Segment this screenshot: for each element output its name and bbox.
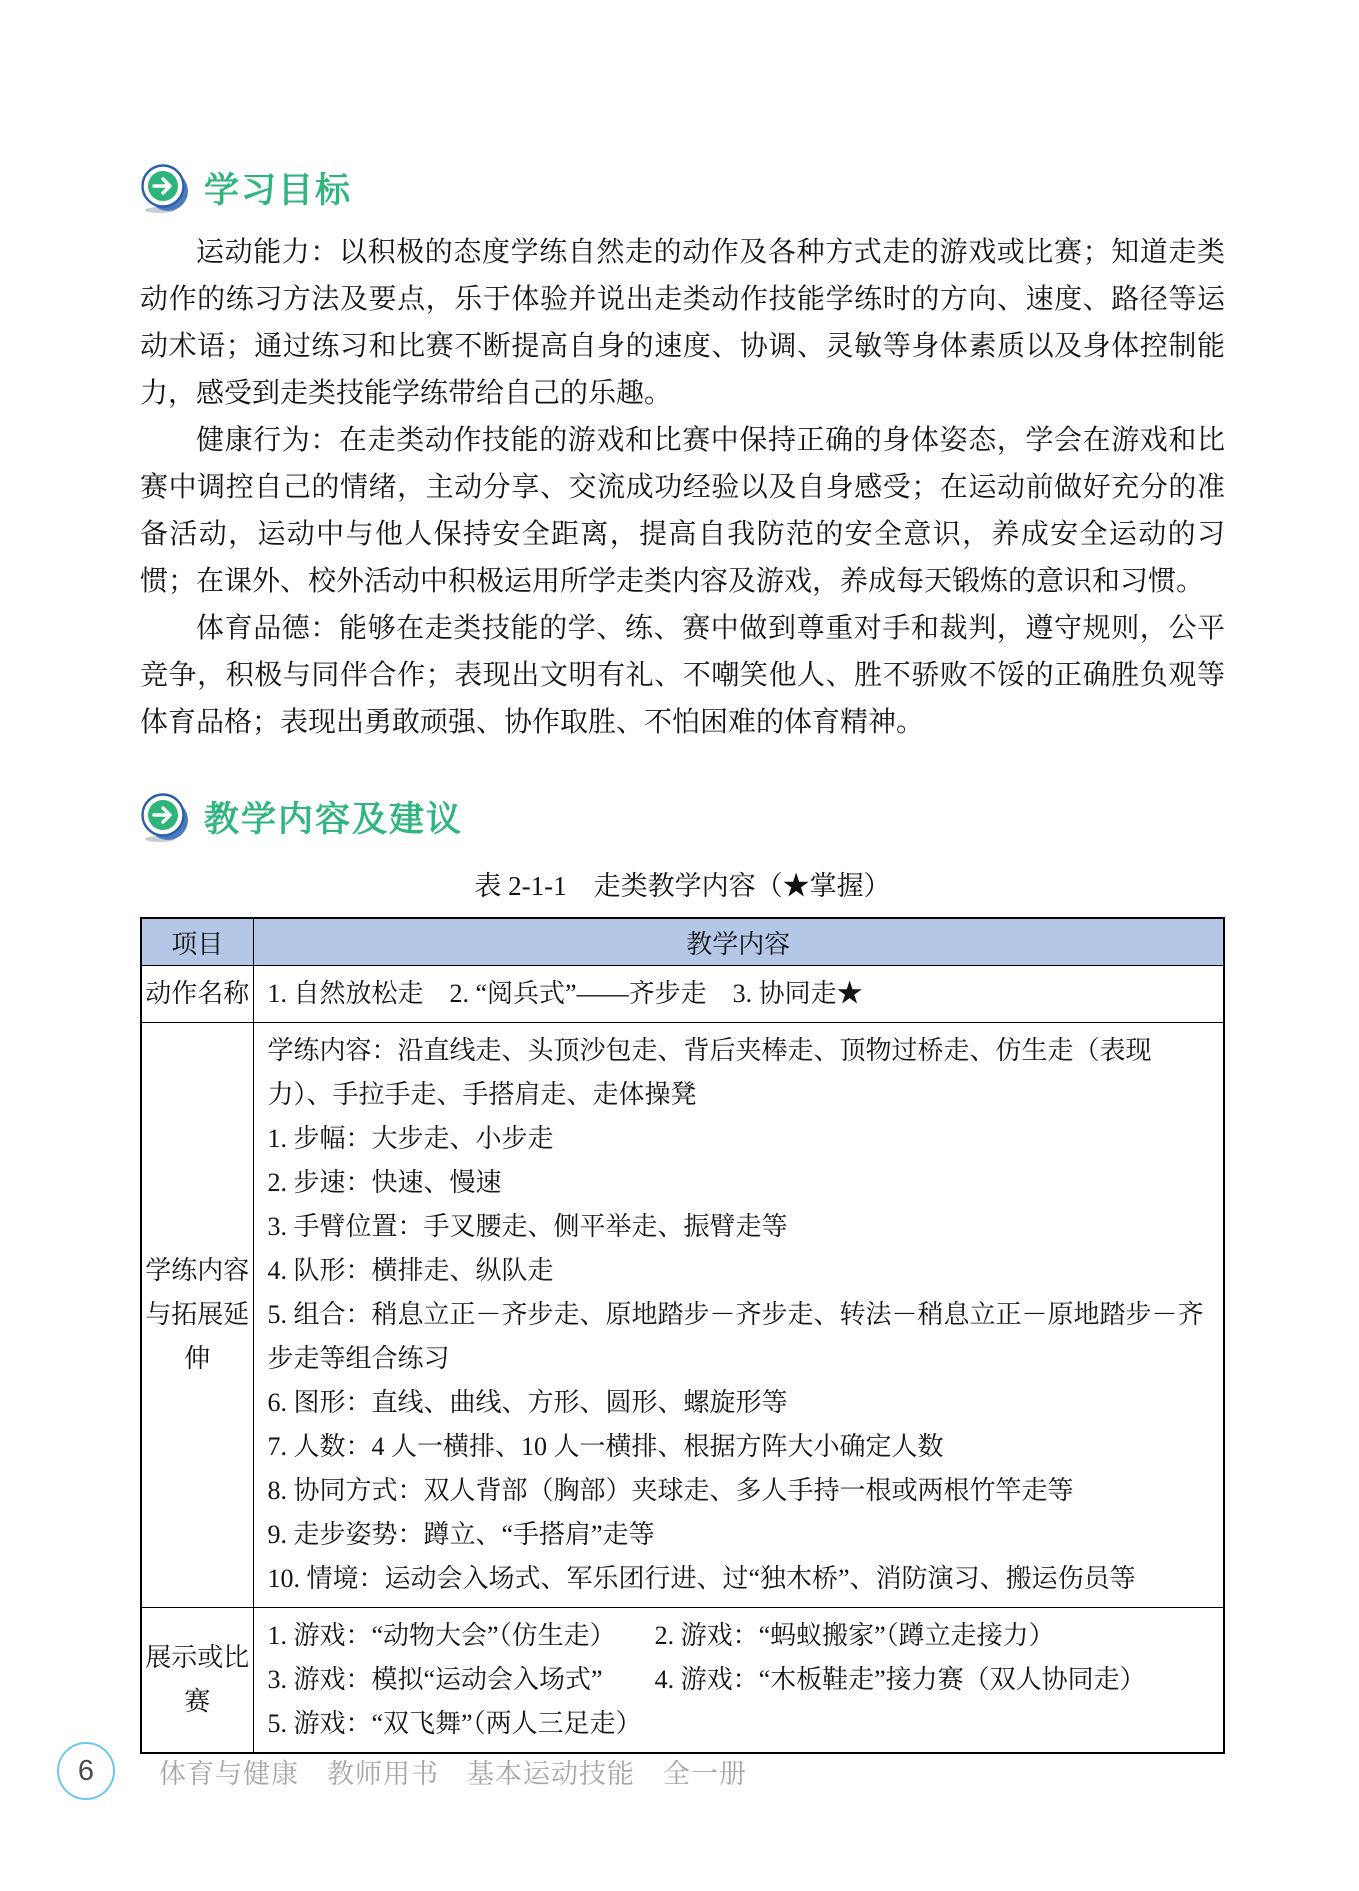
page-number: 6 [78,1755,94,1788]
table-caption: 表 2-1-1 走类教学内容（★掌握） [140,864,1225,903]
row-label-action-names: 动作名称 [141,966,253,1023]
table-header-row: 项目 教学内容 [141,918,1224,966]
column-header-content: 教学内容 [253,918,1224,966]
teaching-content-table: 项目 教学内容 动作名称 1. 自然放松走 2. “阅兵式”——齐步走 3. 协… [140,917,1225,1754]
column-header-item: 项目 [141,918,253,966]
page: 学习目标 运动能力：以积极的态度学练自然走的动作及各种方式走的游戏或比赛；知道走… [0,0,1359,1891]
arrow-circle-icon [140,163,190,213]
row-label-practice-content: 学练内容 与拓展延伸 [141,1023,253,1608]
paragraph-health-behavior: 健康行为：在走类动作技能的游戏和比赛中保持正确的身体姿态，学会在游戏和比赛中调控… [140,417,1225,605]
section-title-teaching-content: 教学内容及建议 [204,792,463,842]
row-content-practice-content: 学练内容：沿直线走、头顶沙包走、背后夹棒走、顶物过桥走、仿生走（表现力）、手拉手… [253,1023,1224,1608]
paragraph-sports-ethics: 体育品德：能够在走类技能的学、练、赛中做到尊重对手和裁判，遵守规则，公平竞争，积… [140,605,1225,746]
row-content-action-names: 1. 自然放松走 2. “阅兵式”——齐步走 3. 协同走★ [253,966,1224,1023]
page-number-badge: 6 [57,1742,115,1800]
section-title-learning-goals: 学习目标 [204,163,352,213]
table-row-practice-content: 学练内容 与拓展延伸 学练内容：沿直线走、头顶沙包走、背后夹棒走、顶物过桥走、仿… [141,1023,1224,1608]
table-row-show-or-compete: 展示或比赛 1. 游戏：“动物大会”（仿生走） 2. 游戏：“蚂蚁搬家”（蹲立走… [141,1608,1224,1754]
section-heading-learning-goals: 学习目标 [140,163,1225,213]
arrow-circle-icon [140,792,190,842]
row-content-show-or-compete: 1. 游戏：“动物大会”（仿生走） 2. 游戏：“蚂蚁搬家”（蹲立走接力） 3.… [253,1608,1224,1754]
row-label-show-or-compete: 展示或比赛 [141,1608,253,1754]
footer-book-title: 体育与健康 教师用书 基本运动技能 全一册 [159,1752,747,1791]
page-footer: 6 体育与健康 教师用书 基本运动技能 全一册 [57,1742,747,1800]
paragraph-motor-ability: 运动能力：以积极的态度学练自然走的动作及各种方式走的游戏或比赛；知道走类动作的练… [140,229,1225,417]
table-row-action-names: 动作名称 1. 自然放松走 2. “阅兵式”——齐步走 3. 协同走★ [141,966,1224,1023]
section-heading-teaching-content: 教学内容及建议 [140,792,1225,842]
